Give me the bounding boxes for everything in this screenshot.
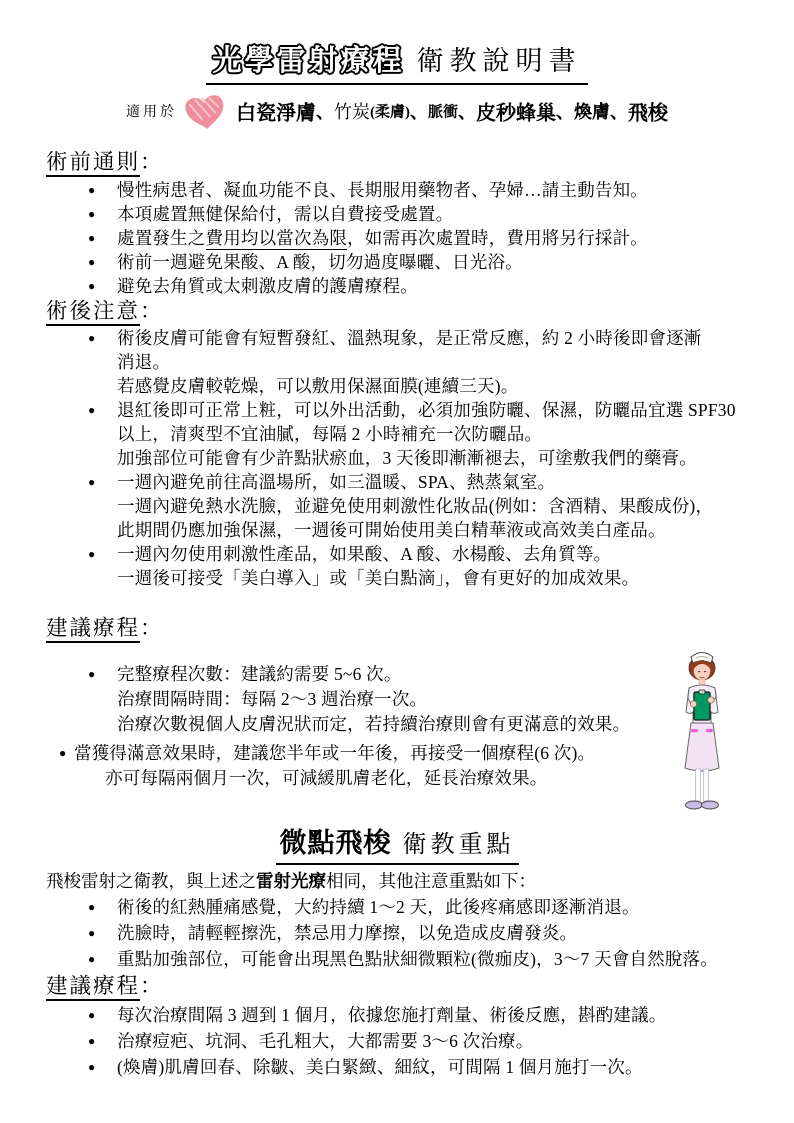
nurse-clipart bbox=[656, 648, 748, 818]
list-item-text: 術前一週避免果酸、A 酸，切勿過度曝曬、日光浴。 bbox=[117, 252, 523, 272]
applicable-prefix: 適用於 bbox=[126, 105, 177, 120]
heading-colon: ： bbox=[140, 974, 162, 998]
section-heading-text: 術前通則 bbox=[46, 150, 140, 177]
bullet-icon: ● bbox=[88, 250, 95, 274]
bullet-icon: ● bbox=[88, 274, 95, 298]
separator: 、 bbox=[316, 102, 334, 122]
list-item: ●避免去角質或太刺激皮膚的護膚療程。 bbox=[117, 274, 794, 298]
bullet-icon: ● bbox=[88, 1054, 95, 1080]
section-heading-text: 術後注意 bbox=[46, 299, 140, 326]
intro-bold-text: 雷射光療 bbox=[256, 871, 326, 891]
treatment-pimiao: 皮秒蜂巢 bbox=[476, 103, 556, 125]
treatment-maichong: 脈衝 bbox=[428, 105, 458, 121]
section-heading-text: 建議療程 bbox=[46, 616, 140, 643]
bullet-icon: ● bbox=[88, 920, 95, 946]
list-item-text: 治療痘疤、坑洞、毛孔粗大，大都需要 3～6 次治療。 bbox=[117, 1031, 533, 1051]
page-title: 光學雷射療程 衛教說明書 bbox=[0, 38, 794, 85]
heading-colon: ： bbox=[140, 616, 162, 640]
list-item-text: (煥膚)肌膚回春、除皺、美白緊緻、細紋，可間隔 1 個月施打一次。 bbox=[117, 1057, 643, 1077]
bullet-icon: ● bbox=[88, 542, 95, 566]
bullet-icon: ● bbox=[88, 946, 95, 972]
treatment-roufu: (柔膚) bbox=[370, 105, 410, 121]
micro-heading-underline: 微點飛梭 衛教重點 bbox=[276, 821, 519, 865]
list-item: ●處置發生之費用均以當次為限，如需再次處置時，費用將另行採計。 bbox=[117, 226, 794, 250]
post-op-bullet-list: ●術後皮膚可能會有短暫發紅、溫熱現象，是正常反應，約 2 小時後即會逐漸 消退。… bbox=[0, 326, 794, 590]
list-item-text: 一週內勿使用刺激性產品，如果酸、A 酸、水楊酸、去角質等。 bbox=[117, 544, 611, 564]
list-item-text: 洗臉時，請輕輕擦洗，禁忌用力摩擦，以免造成皮膚發炎。 bbox=[117, 923, 577, 943]
list-item-text: 避免去角質或太刺激皮膚的護膚療程。 bbox=[117, 276, 418, 296]
list-item-text: 慢性病患者、凝血功能不良、長期服用藥物者、孕婦…請主動告知。 bbox=[117, 180, 648, 200]
section-heading-micro-fractional: 微點飛梭 衛教重點 bbox=[0, 821, 794, 865]
separator: 、 bbox=[556, 102, 574, 122]
health-education-sheet: 光學雷射療程 衛教說明書 適用於 白瓷淨膚、竹炭(柔膚)、脈衝、皮秒蜂巢、煥膚、… bbox=[0, 0, 794, 1123]
list-item-text: 以上，清爽型不宜油膩，每隔 2 小時補充一次防曬品。 bbox=[117, 424, 542, 444]
list-item-continuation: 一週後可接受「美白導入」或「美白點滴」，會有更好的加成效果。 bbox=[117, 566, 794, 590]
list-item-text: 完整療程次數：建議約需要 5~6 次。 bbox=[117, 664, 402, 684]
list-item-continuation: 加強部位可能會有少許點狀瘀血，3 天後即漸漸褪去，可塗敷我們的藥膏。 bbox=[117, 446, 794, 470]
list-item: ●一週內避免前往高溫場所，如三溫暖、SPA、熱蒸氣室。 bbox=[117, 470, 794, 494]
list-item-text: ，如需再次處置時，費用將另行採計。 bbox=[347, 228, 648, 248]
heart-icon bbox=[183, 91, 227, 131]
applicable-treatments-line: 適用於 白瓷淨膚、竹炭(柔膚)、脈衝、皮秒蜂巢、煥膚、飛梭 bbox=[0, 91, 794, 137]
list-item: ●退紅後即可正常上粧，可以外出活動，必須加強防曬、保濕，防曬品宜選 SPF30 bbox=[117, 398, 794, 422]
section-heading-course-1: 建議療程： bbox=[46, 615, 794, 641]
list-item-text: 重點加強部位，可能會出現黑色點狀細微顆粒(微痂皮)，3～7 天會自然脫落。 bbox=[117, 949, 718, 969]
micro-bullet-list: ●術後的紅熱腫痛感覺，大約持續 1～2 天，此後疼痛感即逐漸消退。 ●洗臉時，請… bbox=[0, 894, 794, 972]
bullet-icon: ● bbox=[88, 662, 95, 687]
section-heading-post-op: 術後注意： bbox=[46, 298, 794, 324]
title-regular-text: 衛教說明書 bbox=[417, 46, 582, 76]
micro-intro-line: 飛梭雷射之衛教，與上述之雷射光療相同，其他注意重點如下： bbox=[46, 868, 794, 894]
list-item: ●慢性病患者、凝血功能不良、長期服用藥物者、孕婦…請主動告知。 bbox=[117, 178, 794, 202]
list-item: ●術後的紅熱腫痛感覺，大約持續 1～2 天，此後疼痛感即逐漸消退。 bbox=[117, 894, 794, 920]
list-item: ●每次治療間隔 3 週到 1 個月，依據您施打劑量、術後反應，斟酌建議。 bbox=[117, 1002, 794, 1028]
section-heading-text: 建議療程 bbox=[46, 974, 140, 1001]
list-item-continuation: 以上，清爽型不宜油膩，每隔 2 小時補充一次防曬品。 bbox=[117, 422, 794, 446]
list-item-text: 一週內避免前往高溫場所，如三溫暖、SPA、熱蒸氣室。 bbox=[117, 472, 555, 492]
bullet-icon: ● bbox=[88, 226, 95, 250]
course-2-bullet-list: ●每次治療間隔 3 週到 1 個月，依據您施打劑量、術後反應，斟酌建議。 ●治療… bbox=[0, 1002, 794, 1080]
bullet-icon: ● bbox=[88, 1028, 95, 1054]
bullet-icon: ● bbox=[88, 1002, 95, 1028]
list-item-text: 治療間隔時間：每隔 2～3 週治療一次。 bbox=[117, 689, 427, 709]
list-item: ●重點加強部位，可能會出現黑色點狀細微顆粒(微痂皮)，3～7 天會自然脫落。 bbox=[117, 946, 794, 972]
list-item: ●洗臉時，請輕輕擦洗，禁忌用力摩擦，以免造成皮膚發炎。 bbox=[117, 920, 794, 946]
list-item-text: 若感覺皮膚較乾燥，可以敷用保濕面膜(連續三天)。 bbox=[117, 376, 518, 396]
title-stylized-text: 光學雷射療程 bbox=[212, 45, 404, 77]
list-item: ●術後皮膚可能會有短暫發紅、溫熱現象，是正常反應，約 2 小時後即會逐漸 bbox=[117, 326, 794, 350]
micro-heading-stylized: 微點飛梭 bbox=[280, 828, 392, 858]
list-item-text: 亦可每隔兩個月一次，可減緩肌膚老化，延長治療效果。 bbox=[105, 768, 548, 788]
list-item-continuation: 一週內避免熱水洗臉，並避免使用刺激性化妝品(例如：含酒精、果酸成份)， bbox=[117, 494, 794, 518]
treatment-zhutan: 竹炭 bbox=[334, 102, 370, 122]
list-item-continuation: 若感覺皮膚較乾燥，可以敷用保濕面膜(連續三天)。 bbox=[117, 374, 794, 398]
list-item-text: 術後的紅熱腫痛感覺，大約持續 1～2 天，此後疼痛感即逐漸消退。 bbox=[117, 897, 640, 917]
list-item: ●治療痘疤、坑洞、毛孔粗大，大都需要 3～6 次治療。 bbox=[117, 1028, 794, 1054]
bullet-icon: ● bbox=[88, 326, 95, 350]
intro-text: 相同，其他注意重點如下： bbox=[326, 871, 536, 891]
underlined-text: 費用均以當次為限 bbox=[206, 228, 348, 250]
section-heading-course-2: 建議療程： bbox=[46, 973, 794, 999]
bullet-icon: ● bbox=[88, 178, 95, 202]
treatment-feisuo: 飛梭 bbox=[628, 103, 668, 125]
list-item-text: 退紅後即可正常上粧，可以外出活動，必須加強防曬、保濕，防曬品宜選 SPF30 bbox=[117, 400, 736, 420]
list-item-text: 術後皮膚可能會有短暫發紅、溫熱現象，是正常反應，約 2 小時後即會逐漸 bbox=[117, 328, 702, 348]
bullet-icon: ● bbox=[88, 470, 95, 494]
list-item-text: 加強部位可能會有少許點狀瘀血，3 天後即漸漸褪去，可塗敷我們的藥膏。 bbox=[117, 448, 697, 468]
separator: 、 bbox=[410, 102, 428, 122]
section-heading-pre-op: 術前通則： bbox=[46, 149, 794, 175]
bullet-icon: ● bbox=[59, 741, 66, 766]
list-item-text: 處置發生之 bbox=[117, 228, 206, 248]
list-item-continuation: 消退。 bbox=[117, 350, 794, 374]
bullet-icon: ● bbox=[88, 894, 95, 920]
list-item-text: 一週內避免熱水洗臉，並避免使用刺激性化妝品(例如：含酒精、果酸成份)， bbox=[117, 496, 713, 516]
intro-text: 飛梭雷射之衛教，與上述之 bbox=[46, 871, 256, 891]
bullet-icon: ● bbox=[88, 398, 95, 422]
treatment-baici: 白瓷淨膚 bbox=[236, 103, 316, 125]
separator: 、 bbox=[458, 102, 476, 122]
heading-colon: ： bbox=[140, 299, 162, 323]
list-item: ●一週內勿使用刺激性產品，如果酸、A 酸、水楊酸、去角質等。 bbox=[117, 542, 794, 566]
list-item: ●本項處置無健保給付，需以自費接受處置。 bbox=[117, 202, 794, 226]
list-item: ●術前一週避免果酸、A 酸，切勿過度曝曬、日光浴。 bbox=[117, 250, 794, 274]
page-title-underline: 光學雷射療程 衛教說明書 bbox=[206, 38, 587, 85]
list-item-text: 此期間仍應加強保濕，一週後可開始使用美白精華液或高效美白產品。 bbox=[117, 520, 666, 540]
bullet-icon: ● bbox=[88, 202, 95, 226]
list-item-text: 一週後可接受「美白導入」或「美白點滴」，會有更好的加成效果。 bbox=[117, 568, 639, 588]
list-item-text: 每次治療間隔 3 週到 1 個月，依據您施打劑量、術後反應，斟酌建議。 bbox=[117, 1005, 667, 1025]
heading-colon: ： bbox=[140, 150, 162, 174]
pre-op-bullet-list: ●慢性病患者、凝血功能不良、長期服用藥物者、孕婦…請主動告知。 ●本項處置無健保… bbox=[0, 178, 794, 298]
list-item-text: 治療次數視個人皮膚況狀而定，若持續治療則會有更滿意的效果。 bbox=[117, 714, 630, 734]
treatment-huanfu: 煥膚 bbox=[574, 102, 610, 122]
list-item-text: 當獲得滿意效果時，建議您半年或一年後，再接受一個療程(6 次)。 bbox=[74, 743, 595, 763]
micro-heading-regular: 衛教重點 bbox=[403, 832, 515, 858]
list-item-text: 本項處置無健保給付，需以自費接受處置。 bbox=[117, 204, 453, 224]
list-item-continuation: 此期間仍應加強保濕，一週後可開始使用美白精華液或高效美白產品。 bbox=[117, 518, 794, 542]
list-item-text: 消退。 bbox=[117, 352, 170, 372]
list-item: ●(煥膚)肌膚回春、除皺、美白緊緻、細紋，可間隔 1 個月施打一次。 bbox=[117, 1054, 794, 1080]
separator: 、 bbox=[610, 102, 628, 122]
